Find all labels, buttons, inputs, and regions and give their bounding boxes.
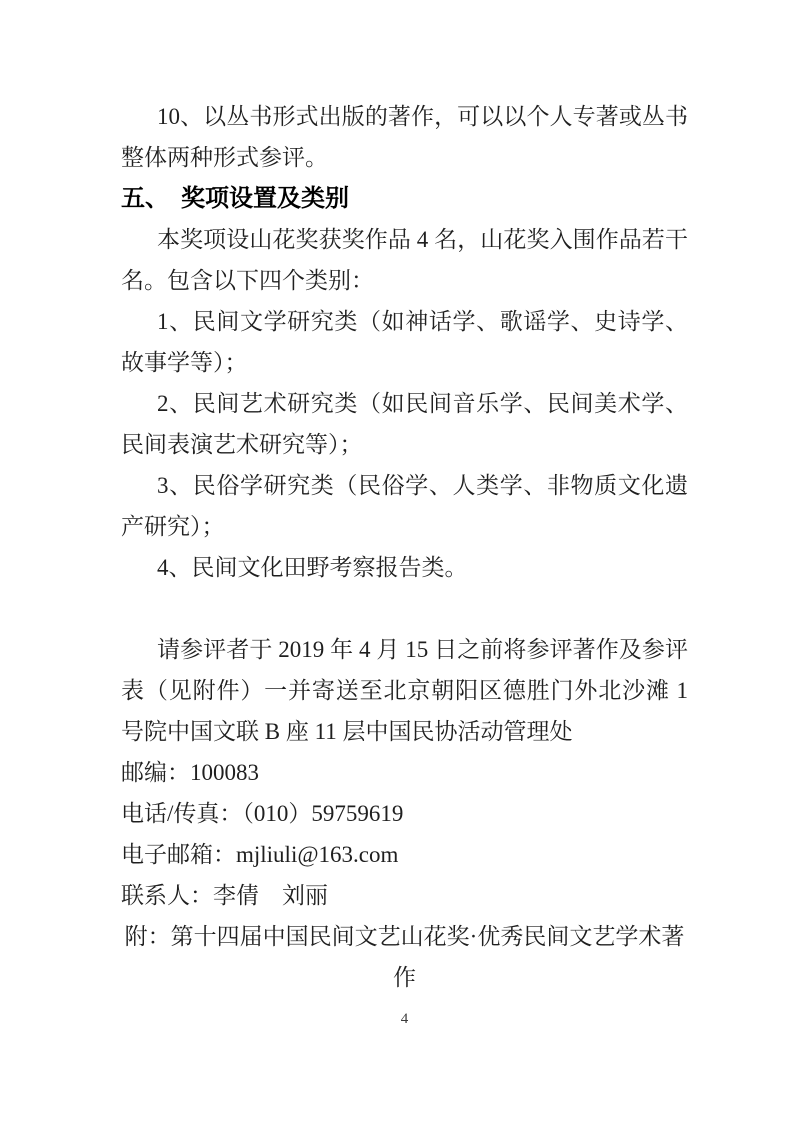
category-item-folk-art: 2、民间艺术研究类（如民间音乐学、民间美术学、民间表演艺术研究等）； xyxy=(121,383,688,465)
contact-phone-fax: 电话/传真：（010）59759619 xyxy=(121,793,688,834)
contact-postal-code: 邮编：100083 xyxy=(121,752,688,793)
paragraph-award-intro: 本奖项设山花奖获奖作品 4 名，山花奖入围作品若干名。包含以下四个类别： xyxy=(121,219,688,301)
attachment-note-line-1: 附：第十四届中国民间文艺山花奖·优秀民间文艺学术著 xyxy=(121,916,688,957)
category-item-folk-literature: 1、民间文学研究类（如神话学、歌谣学、史诗学、故事学等）； xyxy=(121,301,688,383)
attachment-note-line-2: 作 xyxy=(121,957,688,998)
paragraph-series-books: 10、以丛书形式出版的著作，可以以个人专著或丛书整体两种形式参评。 xyxy=(121,96,688,178)
document-page: 10、以丛书形式出版的著作，可以以个人专著或丛书整体两种形式参评。 五、 奖项设… xyxy=(0,0,800,1131)
page-number: 4 xyxy=(121,1010,688,1028)
contact-email: 电子邮箱：mjliuli@163.com xyxy=(121,834,688,875)
contact-persons: 联系人：李倩 刘丽 xyxy=(121,875,688,916)
category-item-field-reports: 4、民间文化田野考察报告类。 xyxy=(121,547,688,588)
paragraph-submission-instructions: 请参评者于 2019 年 4 月 15 日之前将参评著作及参评表（见附件）一并寄… xyxy=(121,629,688,752)
section-heading-award-categories: 五、 奖项设置及类别 xyxy=(121,178,688,219)
category-item-folklore-studies: 3、民俗学研究类（民俗学、人类学、非物质文化遗产研究）； xyxy=(121,465,688,547)
attachment-note: 附：第十四届中国民间文艺山花奖·优秀民间文艺学术著 作 xyxy=(121,916,688,998)
